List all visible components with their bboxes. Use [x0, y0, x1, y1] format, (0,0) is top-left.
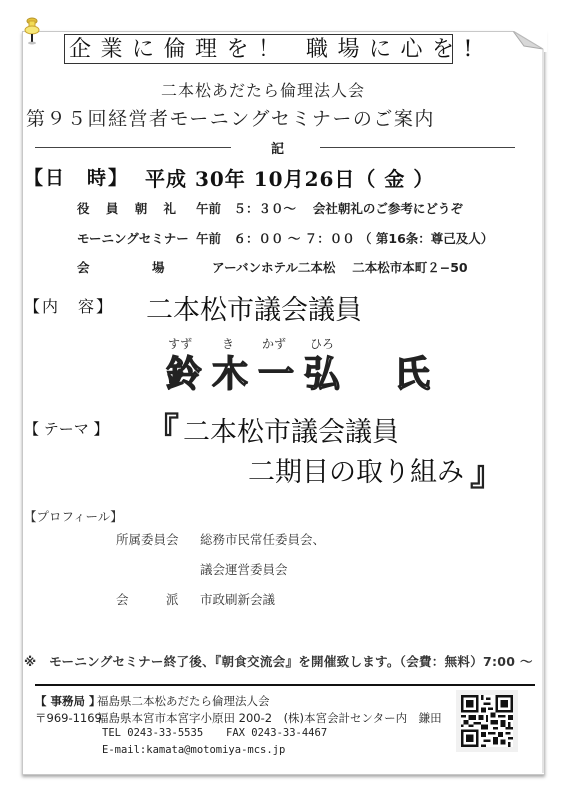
schedule-key: 役 員 朝 礼 [77, 199, 182, 217]
profile-key: 会 派 [116, 590, 179, 608]
pushpin-icon [23, 17, 41, 47]
divider-left [35, 147, 231, 148]
email-address[interactable]: E-mail:kamata@motomiya-mcs.jp [102, 744, 285, 756]
theme-close-bracket: 』 [470, 446, 504, 495]
office-org-name: 福島県二本松あだたら倫理法人会 [97, 693, 270, 709]
schedule-key: モーニングセミナー [77, 229, 189, 247]
divider-right [320, 147, 515, 148]
speaker-name-char: 弘 [304, 346, 340, 397]
breakfast-notice: ※ モーニングセミナー終了後、『朝食交流会』を開催致します。（会費：無料）7:0… [24, 652, 533, 670]
qr-code-icon[interactable] [456, 690, 518, 752]
speaker-name-char: 鈴 [166, 346, 202, 397]
paper-right-edge [542, 49, 544, 773]
schedule-value: 午前 ５：３０～ 会社朝礼のご参考にどうぞ [196, 199, 463, 217]
office-address: 福島県本宮市本宮字小原田 200-2 (株)本宮会計センター内 鎌田 [97, 710, 442, 726]
datetime-value: 平成 30年 10月26日（ 金 ） [145, 163, 434, 192]
theme-line-2: 二期目の取り組み [248, 450, 464, 489]
honorific: 氏 [394, 346, 430, 397]
footer-divider [35, 684, 535, 686]
datetime-label: 【日 時】 [24, 163, 129, 190]
tel-number: TEL 0243-33-5535 [102, 727, 203, 739]
speaker-name-char: 一 [258, 346, 294, 397]
office-label: 【 事務局 】 [35, 693, 101, 709]
speaker-name-char: 木 [212, 346, 248, 397]
ki-mark: 記 [271, 138, 284, 157]
profile-value: 議会運営委員会 [200, 560, 288, 578]
postal-code: 〒969-1169 [35, 710, 102, 726]
speaker-title: 二本松市議会議員 [146, 288, 362, 327]
profile-value: 総務市民常任委員会、 [200, 530, 325, 548]
schedule-key: 会 場 [77, 258, 165, 276]
schedule-value: アーバンホテル二本松 二本松市本町２−50 [212, 258, 468, 276]
theme-label: 【 テーマ 】 [24, 418, 109, 439]
content-label: 【内 容】 [24, 294, 114, 317]
fax-number: FAX 0243-33-4467 [226, 727, 327, 739]
profile-key: 所属委員会 [116, 530, 179, 548]
slogan-box: 企業に倫理を！ 職場に心を! [64, 34, 453, 64]
theme-line-1: 二本松市議会議員 [183, 410, 399, 449]
schedule-value: 午前 ６：００ ～ ７：００ （ 第16条：尊己及人） [196, 229, 493, 247]
seminar-title: 第９５回経営者モーニングセミナーのご案内 [26, 104, 435, 131]
profile-value: 市政刷新会議 [200, 590, 275, 608]
theme-open-bracket: 『 [145, 403, 179, 452]
organization-name: 二本松あだたら倫理法人会 [0, 78, 566, 101]
profile-label: 【プロフィール】 [24, 507, 123, 525]
